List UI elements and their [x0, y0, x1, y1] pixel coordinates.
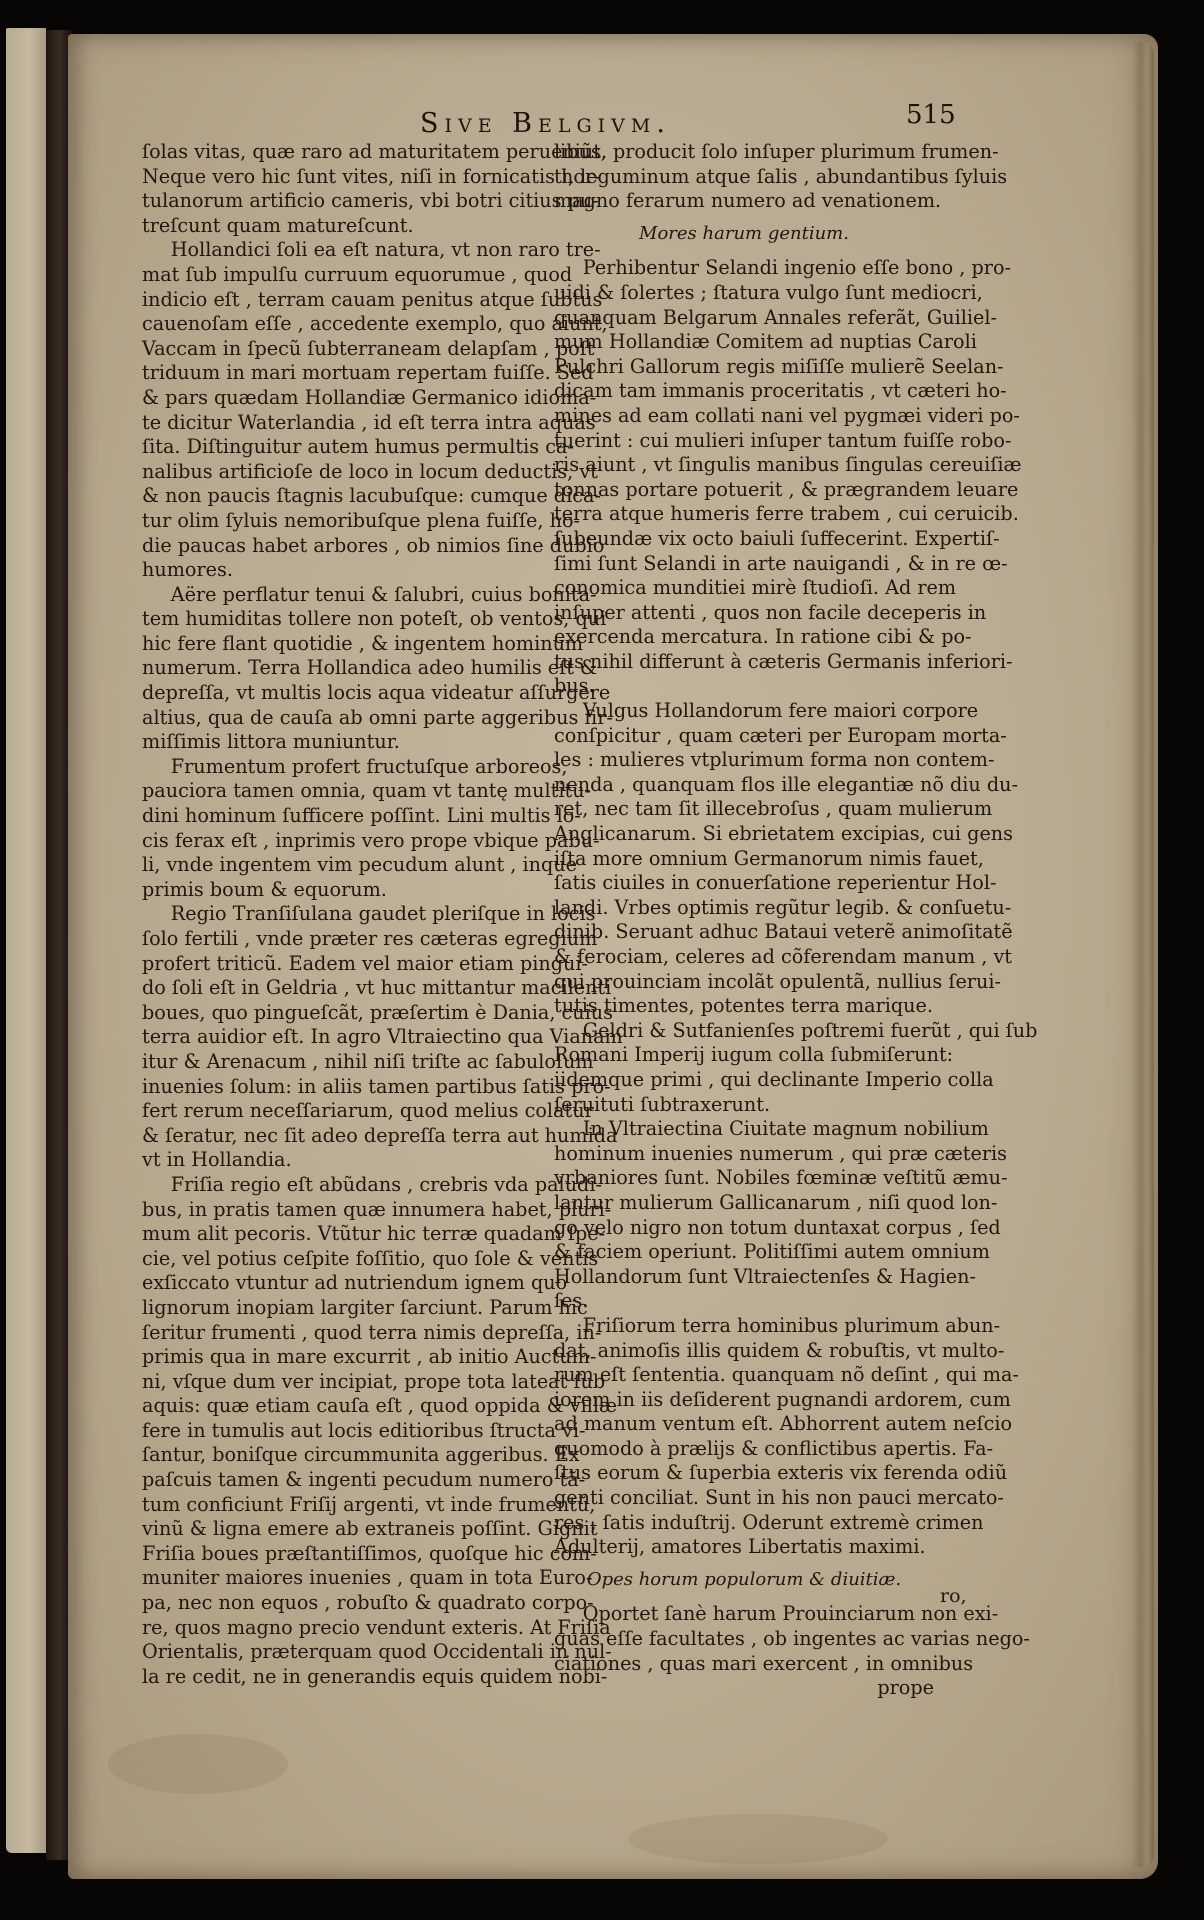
- text-line: vt in Hollandia.: [142, 1148, 510, 1173]
- text-line: go velo nigro non totum duntaxat corpus …: [554, 1216, 934, 1241]
- text-line: indicio eſt , terram cauam penitus atque…: [142, 288, 510, 313]
- text-line: mum alit pecoris. Vtũtur hic terræ quada…: [142, 1222, 510, 1247]
- text-line: ſeruituti ſubtraxerunt.: [554, 1093, 934, 1118]
- text-line: cauenoſam eſſe , accedente exemplo, quo …: [142, 312, 510, 337]
- text-line: tulanorum artificio cameris, vbi botri c…: [142, 189, 510, 214]
- text-line: li, vnde ingentem vim pecudum alunt , in…: [142, 853, 510, 878]
- paragraph: Hollandici ſoli ea eſt natura, vt non ra…: [142, 238, 510, 582]
- text-line: miſſimis littora muniuntur.: [142, 730, 510, 755]
- paragraph: libus, producit ſolo inſuper plurimum fr…: [554, 140, 934, 214]
- text-line: depreſſa, vt multis locis aqua videatur …: [142, 681, 510, 706]
- text-line: Adulterij, amatores Libertatis maximi.: [554, 1535, 934, 1560]
- text-line: iorem in iis deſiderent pugnandi ardorem…: [554, 1388, 934, 1413]
- text-line: inſuper attenti , quos non facile decepe…: [554, 601, 934, 626]
- text-line: Anglicanarum. Si ebrietatem excipias, cu…: [554, 822, 934, 847]
- text-line: quomodo à prælijs & conflictibus apertis…: [554, 1437, 934, 1462]
- text-line: treſcunt quam matureſcunt.: [142, 214, 510, 239]
- text-line: altius, qua de cauſa ab omni parte agger…: [142, 706, 510, 731]
- text-line: & non paucis ſtagnis lacubuſque: cumque …: [142, 484, 510, 509]
- text-line: Friſia regio eſt abũdans , crebris vda p…: [142, 1173, 510, 1198]
- text-line: cis ferax eſt , inprimis vero prope vbiq…: [142, 829, 510, 854]
- text-line: tus nihil differunt à cæteris Germanis i…: [554, 650, 934, 675]
- text-line: Hollandorum ſunt Vltraiectenſes & Hagien…: [554, 1265, 934, 1290]
- text-line: paſcuis tamen & ingenti pecudum numero t…: [142, 1468, 510, 1493]
- section-heading: Mores harum gentium.: [554, 222, 934, 247]
- text-line: lignorum inopiam largiter ſarciunt. Paru…: [142, 1296, 510, 1321]
- text-line: tem humiditas tollere non poteſt, ob ven…: [142, 607, 510, 632]
- paragraph: Friſia regio eſt abũdans , crebris vda p…: [142, 1173, 510, 1689]
- text-line: uidi & ſolertes ; ſtatura vulgo ſunt med…: [554, 281, 934, 306]
- text-line: Orientalis, præterquam quod Occidentali …: [142, 1640, 510, 1665]
- paragraph: In Vltraiectina Ciuitate magnum nobilium…: [554, 1117, 934, 1314]
- text-line: magno ferarum numero ad venationem.: [554, 189, 934, 214]
- running-head: Sive Belgivm.: [420, 108, 671, 139]
- text-line: Oportet ſanè harum Prouinciarum non exi-: [554, 1602, 934, 1627]
- text-line: & faciem operiunt. Politiſſimi autem omn…: [554, 1240, 934, 1265]
- text-line: pauciora tamen omnia, quam vt tantę mult…: [142, 779, 510, 804]
- text-line: nenda , quanquam flos ille elegantiæ nõ …: [554, 773, 934, 798]
- text-line: Geldri & Sutfanienſes poſtremi fuerũt , …: [554, 1019, 934, 1044]
- text-line: quanquam Belgarum Annales referãt, Guili…: [554, 306, 934, 331]
- text-line: ſimi ſunt Selandi in arte nauigandi , & …: [554, 552, 934, 577]
- text-line: ad manum ventum eſt. Abhorrent autem neſ…: [554, 1412, 934, 1437]
- text-line: & ferociam, celeres ad cõferendam manum …: [554, 945, 934, 970]
- text-line: Vulgus Hollandorum fere maiori corpore: [554, 699, 934, 724]
- text-line: tutis timentes, potentes terra marique.: [554, 994, 934, 1019]
- text-line: re, quos magno precio vendunt exteris. A…: [142, 1616, 510, 1641]
- text-line: triduum in mari mortuam repertam fuiſſe.…: [142, 361, 510, 386]
- text-line: ſolo fertili , vnde præter res cæteras e…: [142, 927, 510, 952]
- text-line: mat ſub impulſu curruum equorumue , quod: [142, 263, 510, 288]
- previous-page-edge: [6, 28, 46, 1853]
- text-line: lantur mulierum Gallicanarum , niſi quod…: [554, 1191, 934, 1216]
- text-line: libus, producit ſolo inſuper plurimum fr…: [554, 140, 934, 165]
- text-line: Frumentum profert fructuſque arboreos,: [142, 755, 510, 780]
- text-line: la re cedit, ne in generandis equis quid…: [142, 1665, 510, 1690]
- paragraph: Frumentum profert fructuſque arboreos,pa…: [142, 755, 510, 903]
- paragraph: Oportet ſanè harum Prouinciarum non exi-…: [554, 1602, 934, 1676]
- text-line: ſita. Diſtinguitur autem humus permultis…: [142, 435, 510, 460]
- text-line: hic fere flant quotidie , & ingentem hom…: [142, 632, 510, 657]
- text-line: guas eſſe facultates , ob ingentes ac va…: [554, 1627, 934, 1652]
- left-text-column: ſolas vitas, quæ raro ad maturitatem per…: [142, 140, 510, 1689]
- text-line: primis qua in mare excurrit , ab initio …: [142, 1345, 510, 1370]
- text-line: dicam tam immanis proceritatis , vt cæte…: [554, 379, 934, 404]
- text-line: Neque vero hic ſunt vites, niſi in forni…: [142, 165, 510, 190]
- text-line: bus, in pratis tamen quæ innumera habet,…: [142, 1198, 510, 1223]
- text-line: inuenies ſolum: in aliis tamen partibus …: [142, 1075, 510, 1100]
- text-line: tum conficiunt Friſij argenti, vt inde f…: [142, 1493, 510, 1518]
- text-line: Friſia boues præſtantiſſimos, quoſque hi…: [142, 1542, 510, 1567]
- text-line: les : mulieres vtplurimum forma non cont…: [554, 748, 934, 773]
- text-line: nalibus artificioſe de loco in locum ded…: [142, 460, 510, 485]
- text-line: tonnas portare potuerit , & prægrandem l…: [554, 478, 934, 503]
- text-line: iidemque primi , qui declinante Imperio …: [554, 1068, 934, 1093]
- text-line: ſes.: [554, 1289, 934, 1314]
- text-line: In Vltraiectina Ciuitate magnum nobilium: [554, 1117, 934, 1142]
- text-line: boues, quo pingueſcãt, præſertim è Dania…: [142, 1001, 510, 1026]
- text-line: & pars quædam Hollandiæ Germanico idioma…: [142, 386, 510, 411]
- text-line: vinũ & ligna emere ab extraneis poſſint.…: [142, 1517, 510, 1542]
- page-fore-edge: [1132, 42, 1154, 1867]
- text-line: itur & Arenacum , nihil niſi triſte ac ſ…: [142, 1050, 510, 1075]
- text-line: profert triticũ. Eadem vel maior etiam p…: [142, 952, 510, 977]
- text-line: tuerint : cui mulieri inſuper tantum fui…: [554, 429, 934, 454]
- text-line: ciationes , quas mari exercent , in omni…: [554, 1652, 934, 1677]
- text-line: Hollandici ſoli ea eſt natura, vt non ra…: [142, 238, 510, 263]
- text-line: Aëre perflatur tenui & ſalubri, cuius bo…: [142, 583, 510, 608]
- text-line: terra auidior eſt. In agro Vltraiectino …: [142, 1025, 510, 1050]
- paragraph: Perhibentur Selandi ingenio eſſe bono , …: [554, 256, 934, 699]
- paragraph: Aëre perflatur tenui & ſalubri, cuius bo…: [142, 583, 510, 755]
- text-line: conomica munditiei mirè ſtudioſi. Ad rem: [554, 576, 934, 601]
- text-line: ris aiunt , vt ſingulis manibus ſingulas…: [554, 453, 934, 478]
- text-line: ſtus eorum & ſuperbia exteris vix ferend…: [554, 1461, 934, 1486]
- text-line: primis boum & equorum.: [142, 878, 510, 903]
- text-line: die paucas habet arbores , ob nimios ſin…: [142, 534, 510, 559]
- catchword: prope: [554, 1676, 934, 1701]
- text-line: humores.: [142, 558, 510, 583]
- text-line: ſubeundæ vix octo baiuli ſuffecerint. Ex…: [554, 527, 934, 552]
- text-line: ret, nec tam ſit illecebroſus , quam mul…: [554, 797, 934, 822]
- text-line: ſatis ciuiles in conuerſatione reperient…: [554, 871, 934, 896]
- text-line: ti, leguminum atque ſalis , abundantibus…: [554, 165, 934, 190]
- text-line: & ſeratur, nec ſit adeo depreſſa terra a…: [142, 1124, 510, 1149]
- text-line: rum eſt ſententia. quanquam nõ deſint , …: [554, 1363, 934, 1388]
- text-line: ni, vſque dum ver incipiat, prope tota l…: [142, 1370, 510, 1395]
- text-line: iſta more omnium Germanorum nimis fauet,: [554, 847, 934, 872]
- text-line: ſolas vitas, quæ raro ad maturitatem per…: [142, 140, 510, 165]
- right-text-column: libus, producit ſolo inſuper plurimum fr…: [554, 140, 934, 1701]
- section-heading: Opes horum populorum & diuitiæ.: [554, 1568, 934, 1593]
- text-line: bus.: [554, 674, 934, 699]
- text-line: mum Hollandiæ Comitem ad nuptias Caroli: [554, 330, 934, 355]
- paper-stain: [108, 1734, 288, 1794]
- text-line: genti conciliat. Sunt in his non pauci m…: [554, 1486, 934, 1511]
- text-line: Romani Imperij iugum colla ſubmiſerunt:: [554, 1043, 934, 1068]
- text-line: tur olim ſyluis nemoribuſque plena fuiſſ…: [142, 509, 510, 534]
- text-line: conſpicitur , quam cæteri per Europam mo…: [554, 724, 934, 749]
- text-line: Vaccam in ſpecũ ſubterraneam delapſam , …: [142, 337, 510, 362]
- page-number: 515: [906, 100, 956, 130]
- text-line: do ſoli eſt in Geldria , vt huc mittantu…: [142, 976, 510, 1001]
- text-line: fert rerum neceſſariarum, quod melius co…: [142, 1099, 510, 1124]
- paragraph: Friſiorum terra hominibus plurimum abun-…: [554, 1314, 934, 1560]
- margin-note: ro,: [940, 1585, 967, 1607]
- paragraph: Geldri & Sutfanienſes poſtremi fuerũt , …: [554, 1019, 934, 1117]
- text-line: numerum. Terra Hollandica adeo humilis e…: [142, 656, 510, 681]
- text-line: Friſiorum terra hominibus plurimum abun-: [554, 1314, 934, 1339]
- text-line: ſeritur frumenti , quod terra nimis depr…: [142, 1321, 510, 1346]
- paragraph: Vulgus Hollandorum fere maiori corporeco…: [554, 699, 934, 1019]
- paper-stain: [628, 1814, 888, 1864]
- text-line: mines ad eam collati nani vel pygmæi vid…: [554, 404, 934, 429]
- text-line: exſiccato vtuntur ad nutriendum ignem qu…: [142, 1271, 510, 1296]
- text-line: pa, nec non equos , robuſto & quadrato c…: [142, 1591, 510, 1616]
- paragraph: Regio Tranſiſulana gaudet pleriſque in l…: [142, 902, 510, 1173]
- text-line: Perhibentur Selandi ingenio eſſe bono , …: [554, 256, 934, 281]
- text-line: vrbaniores ſunt. Nobiles fœminæ veſtitũ …: [554, 1166, 934, 1191]
- text-line: dat, animoſis illis quidem & robuſtis, v…: [554, 1339, 934, 1364]
- text-line: fere in tumulis aut locis editioribus ſt…: [142, 1419, 510, 1444]
- text-line: Pulchri Gallorum regis miſiſſe mulierẽ S…: [554, 355, 934, 380]
- text-line: aquis: quæ etiam cauſa eſt , quod oppida…: [142, 1394, 510, 1419]
- text-line: landi. Vrbes optimis regũtur legib. & co…: [554, 896, 934, 921]
- text-line: dinib. Seruant adhuc Bataui veterẽ animo…: [554, 920, 934, 945]
- paragraph: ſolas vitas, quæ raro ad maturitatem per…: [142, 140, 510, 238]
- text-line: res , ſatis induſtrij. Oderunt extremè c…: [554, 1511, 934, 1536]
- text-line: te dicitur Waterlandia , id eſt terra in…: [142, 411, 510, 436]
- text-line: Regio Tranſiſulana gaudet pleriſque in l…: [142, 902, 510, 927]
- text-line: ſantur, boniſque circummunita aggeribus.…: [142, 1443, 510, 1468]
- text-line: muniter maiores inuenies , quam in tota …: [142, 1566, 510, 1591]
- text-line: terra atque humeris ferre trabem , cui c…: [554, 502, 934, 527]
- text-line: qui prouinciam incolãt opulentã, nullius…: [554, 970, 934, 995]
- text-line: dini hominum ſufficere poſſint. Lini mul…: [142, 804, 510, 829]
- text-line: cie, vel potius ceſpite foſſitio, quo ſo…: [142, 1247, 510, 1272]
- text-line: exercenda mercatura. In ratione cibi & p…: [554, 625, 934, 650]
- text-line: hominum inuenies numerum , qui præ cæter…: [554, 1142, 934, 1167]
